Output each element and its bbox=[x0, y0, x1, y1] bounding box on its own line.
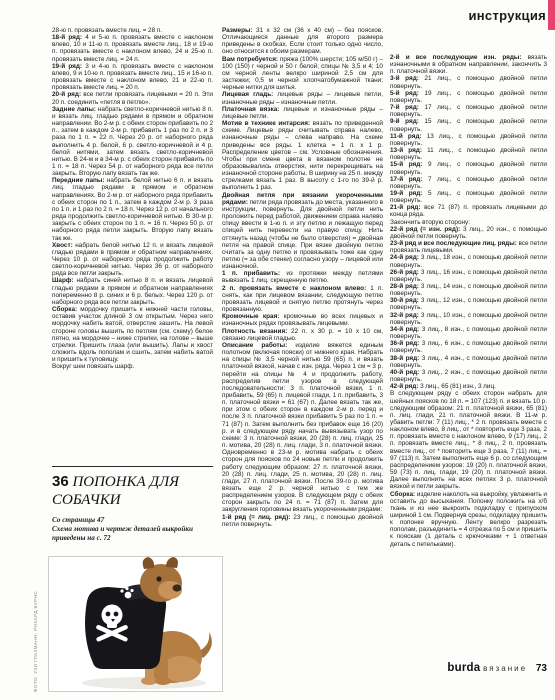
instruction-paragraph: Закончить вторую сторону: bbox=[390, 219, 547, 226]
section-divider bbox=[52, 466, 213, 467]
instruction-paragraph: 18-й ряд: 4 и 5-ю п. провязать вместе с … bbox=[52, 34, 213, 63]
instruction-paragraph: Шарф: набрать синей нитью 8 п. и вязать … bbox=[52, 277, 213, 306]
instruction-paragraph: Платочная вязка: лицевые и изнаночные ря… bbox=[222, 106, 383, 120]
instruction-paragraph: 17-й ряд: 7 лиц., с помощью двойной петл… bbox=[390, 176, 547, 190]
magazine-page: инструкция 28-ю п. провязать вместе лиц.… bbox=[0, 0, 555, 700]
instruction-paragraph: 3-й ряд: 21 лиц., с помощью двойной петл… bbox=[390, 75, 547, 89]
instruction-paragraph: 24-й ряд: 3 лиц., 18 изн., с помощью дво… bbox=[390, 254, 547, 268]
instruction-paragraph: Задние лапы: набрать светло-коричневой н… bbox=[52, 106, 213, 178]
footer-brand: burda bbox=[447, 662, 480, 674]
instruction-paragraph: 13-й ряд: 11 лиц., с помощью двойной пет… bbox=[390, 147, 547, 161]
photo-credit: ФОТО: УЗИ ГЛАЗМАНН; РИХАРД БУРНС bbox=[33, 556, 38, 692]
article-references: Со страницы 47 Схема мотива и чертеж дет… bbox=[52, 516, 212, 543]
instruction-paragraph: 23-й ряд и все последующие лиц. ряды: вс… bbox=[390, 240, 547, 254]
instruction-paragraph: 19-й ряд: 3 и 4-ю п. провязать вместе с … bbox=[52, 63, 213, 92]
instruction-paragraph: 28-й ряд: 3 лиц., 14 изн., с помощью дво… bbox=[390, 283, 547, 297]
instruction-paragraph: Плотность вязания: 22 п. х 30 р. = 10 х … bbox=[222, 328, 383, 342]
footer-section: вязание bbox=[483, 664, 527, 673]
article-headline-block: 36 ПОПОНКА ДЛЯ СОБАЧКИ Со страницы 47 Сх… bbox=[52, 466, 222, 543]
instruction-paragraph: 5-й ряд: 19 лиц., с помощью двойной петл… bbox=[390, 90, 547, 104]
page-header-label: инструкция bbox=[468, 8, 546, 23]
instruction-paragraph: Описание работы: изделие вяжется единым … bbox=[222, 342, 383, 514]
instruction-paragraph: 26-й ряд: 3 лиц., 16 изн., с помощью дво… bbox=[390, 269, 547, 283]
instruction-paragraph: 21-й ряд: все 71 (87) п. провязать лицев… bbox=[390, 204, 547, 218]
text-column-2: Размеры: 31 х 32 см (36 х 40 см) – без п… bbox=[222, 27, 383, 677]
instruction-paragraph: 9-й ряд: 15 лиц., с помощью двойной петл… bbox=[390, 118, 547, 132]
article-title-text: ПОПОНКА ДЛЯ СОБАЧКИ bbox=[52, 474, 179, 508]
instruction-paragraph: 1 п. прибавить: из протяжки между петлям… bbox=[222, 270, 383, 284]
instruction-paragraph: Сборка: мордочку пришить к нижней части … bbox=[52, 306, 213, 363]
instruction-paragraph: Хвост: набрать белой нитью 12 п. и вязат… bbox=[52, 242, 213, 278]
footer-page-number: 73 bbox=[536, 663, 547, 674]
instruction-paragraph: В следующем ряду с обеих сторон набрать … bbox=[390, 390, 547, 490]
instruction-paragraph: 11-й ряд: 13 лиц., с помощью двойной пет… bbox=[390, 133, 547, 147]
dog-photo bbox=[48, 556, 223, 692]
instruction-paragraph: Вокруг шеи повязать шарф. bbox=[52, 363, 213, 370]
instruction-paragraph: Сборка: изделие наколоть на выкройку, ув… bbox=[390, 491, 547, 548]
instruction-paragraph: Вам потребуется: пряжа (100% шерсти; 105… bbox=[222, 56, 383, 92]
instruction-paragraph: Двойная петля при вязании укороченными р… bbox=[222, 192, 383, 271]
instruction-paragraph: 7-й ряд: 17 лиц., с помощью двойной петл… bbox=[390, 104, 547, 118]
text-column-3: 2-й и все последующие изн. ряды: вязать … bbox=[390, 54, 547, 654]
instruction-paragraph: Лицевая гладь: лицевые ряды – лицевые пе… bbox=[222, 91, 383, 105]
instruction-paragraph: 36-й ряд: 3 лиц., 6 изн., с помощью двой… bbox=[390, 340, 547, 354]
instruction-paragraph: 2-й и все последующие изн. ряды: вязать … bbox=[390, 54, 547, 75]
instruction-paragraph: 30-й ряд: 3 лиц., 12 изн., с помощью дво… bbox=[390, 297, 547, 311]
instruction-paragraph: 19-й ряд: 5 лиц., с помощью двойной петл… bbox=[390, 190, 547, 204]
page-footer: burda вязание 73 bbox=[447, 662, 547, 674]
instruction-paragraph: 32-й ряд: 3 лиц., 10 изн., с помощью дво… bbox=[390, 312, 547, 326]
instruction-paragraph: Размеры: 31 х 32 см (36 х 40 см) – без п… bbox=[222, 27, 383, 56]
instruction-paragraph: 22-й ряд (= изн. ряд): 3 лиц., 20 изн., … bbox=[390, 226, 547, 240]
instruction-paragraph: 34-й ряд: 3 лиц., 8 изн., с помощью двой… bbox=[390, 326, 547, 340]
instruction-paragraph: 15-й ряд: 9 лиц., с помощью двойной петл… bbox=[390, 161, 547, 175]
instruction-paragraph: Кромочные края: кромочные во всех лицевы… bbox=[222, 313, 383, 327]
article-from-page: Со страницы 47 bbox=[52, 516, 212, 525]
instruction-paragraph: 1-й ряд (= лиц. ряд): 23 лиц., с помощью… bbox=[222, 514, 383, 528]
article-note: Схема мотива и чертеж деталей выкройки п… bbox=[52, 525, 212, 543]
instruction-paragraph: 38-й ряд: 3 лиц., 4 изн., с помощью двой… bbox=[390, 355, 547, 369]
page-edge-accent bbox=[548, 0, 555, 30]
instruction-paragraph: 2 п. провязать вместе с наклоном влево: … bbox=[222, 285, 383, 314]
instruction-paragraph: 20-й ряд: все петли провязать лицевыми =… bbox=[52, 91, 213, 105]
text-column-1: 28-ю п. провязать вместе лиц. = 28 п.18-… bbox=[52, 27, 213, 465]
article-number: 36 bbox=[52, 473, 69, 490]
instruction-paragraph: Передние лапы: набрать белой нитью 6 п. … bbox=[52, 177, 213, 241]
instruction-paragraph: Мотив в технике интарсия: вязать по прив… bbox=[222, 120, 383, 192]
dog-in-skull-sweater-illustration bbox=[49, 557, 222, 691]
article-title: 36 ПОПОНКА ДЛЯ СОБАЧКИ bbox=[52, 473, 212, 509]
instruction-paragraph: 40-й ряд: 3 лиц., 2 изн., с помощью двой… bbox=[390, 369, 547, 383]
